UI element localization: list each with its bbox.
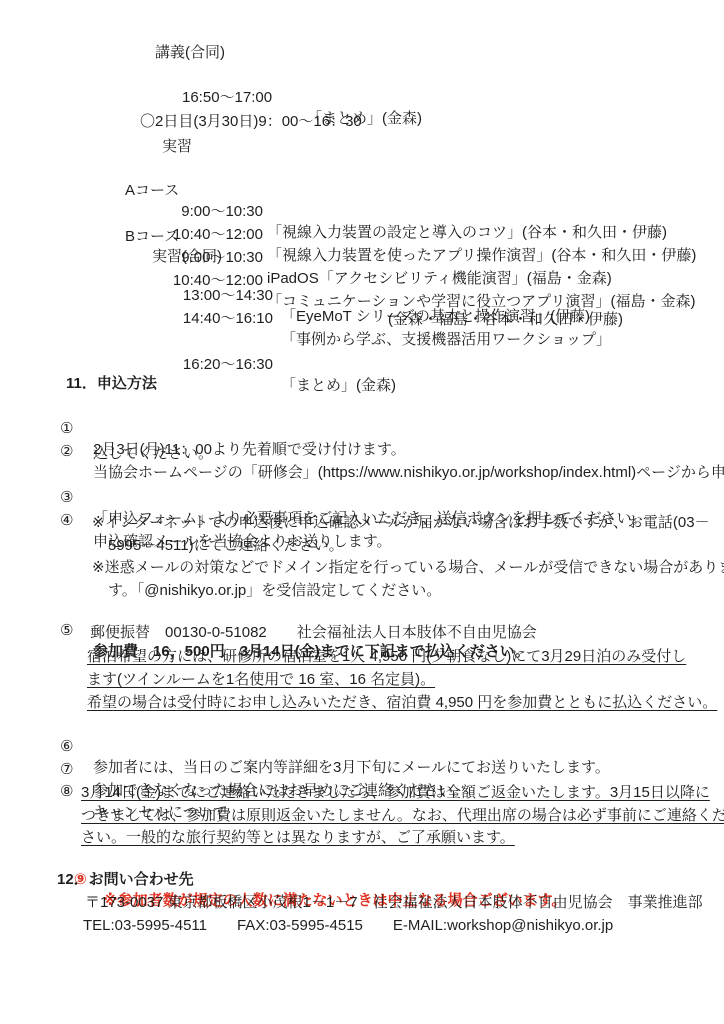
joint-session-row: 13:00～14:30 「EyeMoT シリーズの基本と操作演習」(伊藤) (0, 264, 724, 285)
course-row: Aコース 9:00～10:30 「視線入力装置の設定と導入のコツ」(谷本・和久田… (0, 159, 724, 180)
lecture-joint-label: 講義(合同) (155, 42, 225, 63)
practice-label: 実習 (162, 136, 192, 157)
contact-tel-fax-mail: TEL:03-5995-4511 FAX:03-5995-4515 E-MAIL… (83, 915, 613, 936)
cancellation-warning-line: ⑨ ※参加者数が規定の人数に満たないときは中止なる場合ございます。 (0, 848, 724, 869)
application-item-1: ① 2月3日(月)11：00より先着順で受け付けます。 (0, 397, 724, 418)
spam-filter-note-line: ※迷惑メールの対策などでドメイン指定を行っている場合、メールが受信できない場合が… (92, 557, 724, 578)
document-page: 講義(合同) 16:50～17:00 「まとめ」(金森) 〇2日目(3月30日)… (0, 0, 724, 1024)
session-title: 「まとめ」(金森) (281, 375, 396, 396)
spam-filter-note-line: す。「@nishikyo.or.jp」を受信設定してください。 (108, 580, 441, 601)
course-row: Bコース 9:00～10:30 iPadOS「アクセシビリティ機能演習」(福島・… (0, 205, 724, 226)
lodging-info-line: 宿泊希望の方には、研修所の宿泊室を1人 4,950 円(夕朝食なし)にて3月29… (87, 646, 686, 667)
application-item-6: ⑥ 参加者には、当日のご案内等詳細を3月下旬にメールにてお送りいたします。 (0, 715, 724, 736)
confirmation-note-line: 5995－4511)にてご連絡ください。 (108, 535, 344, 556)
item-number: ② (60, 441, 73, 462)
course-row: 10:40～12:00 「視線入力装置を使ったアプリ操作演習」(谷本・和久田・伊… (0, 182, 724, 203)
presenters-line: (金森・福島・谷本・和久田・伊藤) (388, 309, 623, 330)
application-item-8: ⑧ キャンセルについて (0, 760, 724, 781)
item-2-wrap-line: 込してください。 (93, 443, 213, 464)
application-item-4: ④ 申込確認メールを当協会よりお送りします。 (0, 489, 724, 510)
contact-address: 〒173-0037 東京都板橋区小茂根1－1－7 社会福祉法人日本肢体不自由児協… (85, 892, 703, 913)
confirmation-note-line: ※インターネットでの申込後に申込確認メールが届かない場合はお手数ですが、お電話(… (92, 512, 710, 533)
course-row: 10:40～12:00 「コミュニケーションや学習に役立つアプリ演習」(福島・金… (0, 228, 724, 249)
application-item-2: ② 当協会ホームページの「研修会」(https://www.nishikyo.o… (0, 420, 724, 441)
joint-session-row: 14:40～16:10 「事例から学ぶ、支援機器活用ワークショップ」 (0, 287, 724, 308)
cancel-policy-line: つきましては、参加費は原則返金いたしません。なお、代理出席の場合は必ず事前にご連… (81, 805, 724, 826)
closing-session-row: 16:20～16:30 「まとめ」(金森) (0, 333, 724, 354)
cancel-policy-line: さい。一般的な旅行契約等とは異なりますが、ご了承願います。 (81, 827, 515, 848)
item-number: ④ (60, 510, 73, 531)
lecture-summary-row: 16:50～17:00 「まとめ」(金森) (0, 66, 724, 87)
item-number: ⑧ (60, 781, 73, 802)
lodging-info-line: 希望の場合は受付時にお申し込みいただき、宿泊費 4,950 円を参加費とともに払… (87, 692, 717, 713)
application-item-3: ③ 「申込フォーム」より必要事項をご記入いただき、送信ボタンを押してください。 (0, 466, 724, 487)
contact-heading: 12．お問い合わせ先 (57, 869, 194, 890)
application-item-5: ⑤ 参加費 16，500円 3月14日(金)までに下記まで払込ください。 (0, 599, 724, 620)
session-time: 16:50～17:00 (182, 87, 272, 108)
day2-heading: 〇2日目(3月30日)9：00～16：30 (140, 111, 362, 132)
payment-method-line: 郵便振替 00130-0-51082 社会福祉法人日本肢体不自由児協会 (90, 622, 537, 643)
lodging-info-line: ます(ツインルームを1名使用で 16 室、16 名定員)。 (87, 669, 435, 690)
session-time: 16:20～16:30 (150, 354, 273, 375)
session-time: 14:40～16:10 (150, 308, 273, 329)
application-item-7: ⑦ 参加できなくなった場合にはお早めにご連絡ください。 (0, 738, 724, 759)
item-number: ⑤ (60, 620, 73, 641)
cancel-policy-line: 3月14日(金)までにご連絡いただきましたら、参加費は全額ご返金いたします。3月… (81, 782, 710, 803)
application-heading: 11．申込方法 (66, 373, 157, 394)
